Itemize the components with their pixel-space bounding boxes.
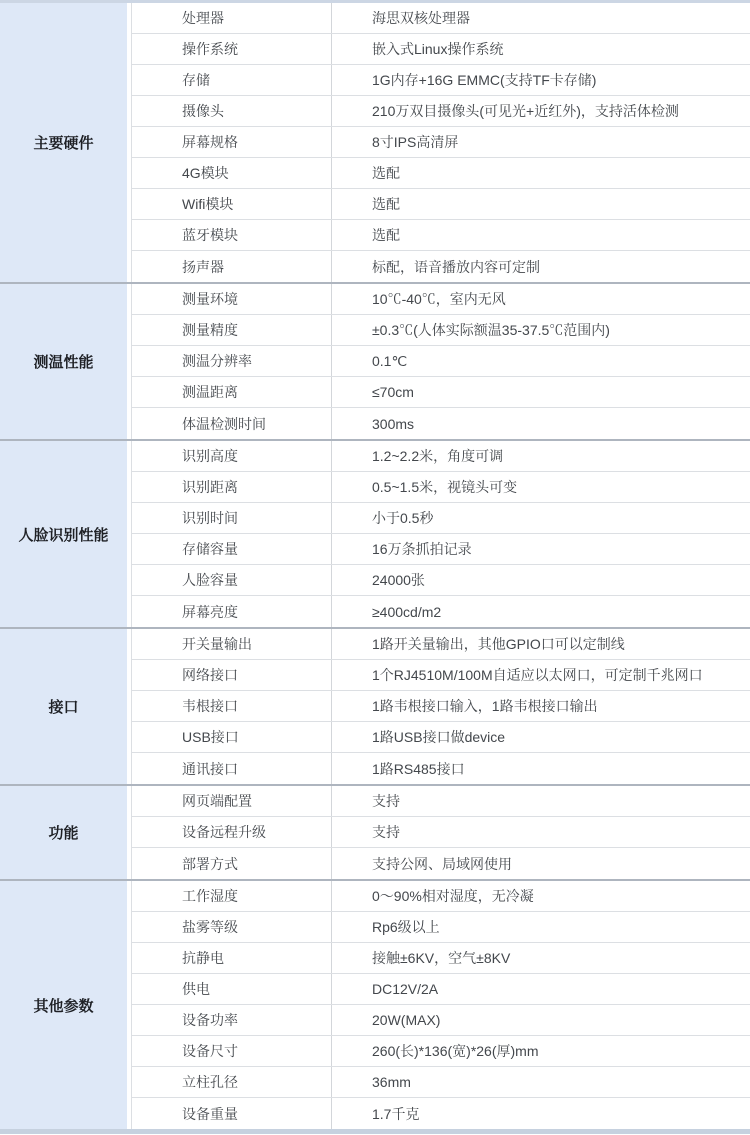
value-cell: 24000张 (331, 565, 750, 595)
param-cell: 抗静电 (132, 943, 331, 973)
spec-row: 工作湿度 0～90%相对湿度，无冷凝 (132, 881, 750, 912)
value-cell: Rp6级以上 (331, 912, 750, 942)
value-cell: 选配 (331, 220, 750, 250)
spec-row: 立柱孔径 36mm (132, 1067, 750, 1098)
spec-row: 屏幕亮度 ≥400cd/m2 (132, 596, 750, 627)
spec-row: 4G模块 选配 (132, 158, 750, 189)
param-cell: 设备尺寸 (132, 1036, 331, 1066)
param-cell: 测量精度 (132, 315, 331, 345)
section-rows: 工作湿度 0～90%相对湿度，无冷凝 盐雾等级 Rp6级以上 抗静电 接触±6K… (131, 881, 750, 1129)
value-cell: 20W(MAX) (331, 1005, 750, 1035)
param-cell: 存储 (132, 65, 331, 95)
spec-row: 识别时间 小于0.5秒 (132, 503, 750, 534)
sections-container: 主要硬件 处理器 海思双核处理器 操作系统 嵌入式Linux操作系统 存储 1G… (0, 3, 750, 1129)
value-cell: 小于0.5秒 (331, 503, 750, 533)
spec-row: 网络接口 1个RJ4510M/100M自适应以太网口，可定制千兆网口 (132, 660, 750, 691)
param-cell: 通讯接口 (132, 753, 331, 784)
spec-row: 体温检测时间 300ms (132, 408, 750, 439)
section-rows: 开关量输出 1路开关量输出，其他GPIO口可以定制线 网络接口 1个RJ4510… (131, 629, 750, 784)
param-cell: 人脸容量 (132, 565, 331, 595)
param-cell: 网络接口 (132, 660, 331, 690)
value-cell: 36mm (331, 1067, 750, 1097)
spec-row: 存储 1G内存+16G EMMC(支持TF卡存储) (132, 65, 750, 96)
value-cell: 1.2~2.2米，角度可调 (331, 441, 750, 471)
spec-row: 开关量输出 1路开关量输出，其他GPIO口可以定制线 (132, 629, 750, 660)
spec-section: 测温性能 测量环境 10℃-40℃，室内无风 测量精度 ±0.3℃(人体实际额温… (0, 282, 750, 439)
category-cell: 其他参数 (0, 881, 127, 1129)
param-cell: USB接口 (132, 722, 331, 752)
value-cell: 0.5~1.5米，视镜头可变 (331, 472, 750, 502)
spec-row: 盐雾等级 Rp6级以上 (132, 912, 750, 943)
spec-row: 人脸容量 24000张 (132, 565, 750, 596)
category-label: 人脸识别性能 (18, 524, 108, 545)
param-cell: 部署方式 (132, 848, 331, 879)
param-cell: 测温距离 (132, 377, 331, 407)
category-label: 主要硬件 (33, 132, 93, 153)
spec-row: 通讯接口 1路RS485接口 (132, 753, 750, 784)
value-cell: 1路USB接口做device (331, 722, 750, 752)
spec-row: 测温距离 ≤70cm (132, 377, 750, 408)
value-cell: 支持公网、局域网使用 (331, 848, 750, 879)
value-cell: ≤70cm (331, 377, 750, 407)
spec-row: 设备远程升级 支持 (132, 817, 750, 848)
spec-row: 设备重量 1.7千克 (132, 1098, 750, 1129)
category-label: 功能 (48, 822, 78, 843)
section-rows: 识别高度 1.2~2.2米，角度可调 识别距离 0.5~1.5米，视镜头可变 识… (131, 441, 750, 627)
spec-section: 人脸识别性能 识别高度 1.2~2.2米，角度可调 识别距离 0.5~1.5米，… (0, 439, 750, 627)
param-cell: 蓝牙模块 (132, 220, 331, 250)
value-cell: 选配 (331, 189, 750, 219)
param-cell: 测温分辨率 (132, 346, 331, 376)
spec-row: 屏幕规格 8寸IPS高清屏 (132, 127, 750, 158)
spec-row: 测量精度 ±0.3℃(人体实际额温35-37.5℃范围内) (132, 315, 750, 346)
spec-row: 韦根接口 1路韦根接口输入，1路韦根接口输出 (132, 691, 750, 722)
param-cell: 识别距离 (132, 472, 331, 502)
category-cell: 功能 (0, 786, 127, 879)
value-cell: 16万条抓拍记录 (331, 534, 750, 564)
table-bottom-border (0, 1129, 750, 1134)
value-cell: DC12V/2A (331, 974, 750, 1004)
value-cell: 支持 (331, 817, 750, 847)
param-cell: 立柱孔径 (132, 1067, 331, 1097)
spec-row: 设备功率 20W(MAX) (132, 1005, 750, 1036)
spec-row: 部署方式 支持公网、局域网使用 (132, 848, 750, 879)
section-rows: 测量环境 10℃-40℃，室内无风 测量精度 ±0.3℃(人体实际额温35-37… (131, 284, 750, 439)
spec-row: 存储容量 16万条抓拍记录 (132, 534, 750, 565)
param-cell: 操作系统 (132, 34, 331, 64)
param-cell: 4G模块 (132, 158, 331, 188)
spec-section: 其他参数 工作湿度 0～90%相对湿度，无冷凝 盐雾等级 Rp6级以上 抗静电 … (0, 879, 750, 1129)
param-cell: 屏幕规格 (132, 127, 331, 157)
value-cell: ±0.3℃(人体实际额温35-37.5℃范围内) (331, 315, 750, 345)
spec-row: Wifi模块 选配 (132, 189, 750, 220)
value-cell: 1个RJ4510M/100M自适应以太网口，可定制千兆网口 (331, 660, 750, 690)
value-cell: 0～90%相对湿度，无冷凝 (331, 881, 750, 911)
value-cell: 选配 (331, 158, 750, 188)
value-cell: 210万双目摄像头(可见光+近红外)，支持活体检测 (331, 96, 750, 126)
spec-row: 蓝牙模块 选配 (132, 220, 750, 251)
param-cell: 网页端配置 (132, 786, 331, 816)
value-cell: 1G内存+16G EMMC(支持TF卡存储) (331, 65, 750, 95)
category-cell: 测温性能 (0, 284, 127, 439)
section-rows: 处理器 海思双核处理器 操作系统 嵌入式Linux操作系统 存储 1G内存+16… (131, 3, 750, 282)
spec-row: 识别高度 1.2~2.2米，角度可调 (132, 441, 750, 472)
param-cell: 体温检测时间 (132, 408, 331, 439)
spec-row: 网页端配置 支持 (132, 786, 750, 817)
spec-row: 供电 DC12V/2A (132, 974, 750, 1005)
spec-section: 接口 开关量输出 1路开关量输出，其他GPIO口可以定制线 网络接口 1个RJ4… (0, 627, 750, 784)
spec-row: 测量环境 10℃-40℃，室内无风 (132, 284, 750, 315)
param-cell: 工作湿度 (132, 881, 331, 911)
param-cell: 识别时间 (132, 503, 331, 533)
spec-section: 功能 网页端配置 支持 设备远程升级 支持 部署方式 支持公网、局域网使用 (0, 784, 750, 879)
param-cell: 设备功率 (132, 1005, 331, 1035)
value-cell: 接触±6KV，空气±8KV (331, 943, 750, 973)
param-cell: 识别高度 (132, 441, 331, 471)
param-cell: 屏幕亮度 (132, 596, 331, 627)
value-cell: 标配，语音播放内容可定制 (331, 251, 750, 282)
param-cell: Wifi模块 (132, 189, 331, 219)
value-cell: 10℃-40℃，室内无风 (331, 284, 750, 314)
param-cell: 韦根接口 (132, 691, 331, 721)
category-cell: 人脸识别性能 (0, 441, 127, 627)
value-cell: 300ms (331, 408, 750, 439)
spec-row: 测温分辨率 0.1℃ (132, 346, 750, 377)
value-cell: 0.1℃ (331, 346, 750, 376)
category-label: 接口 (48, 696, 78, 717)
param-cell: 供电 (132, 974, 331, 1004)
value-cell: 1路韦根接口输入，1路韦根接口输出 (331, 691, 750, 721)
param-cell: 设备重量 (132, 1098, 331, 1129)
spec-row: USB接口 1路USB接口做device (132, 722, 750, 753)
value-cell: 嵌入式Linux操作系统 (331, 34, 750, 64)
param-cell: 开关量输出 (132, 629, 331, 659)
param-cell: 摄像头 (132, 96, 331, 126)
spec-row: 处理器 海思双核处理器 (132, 3, 750, 34)
value-cell: 1路开关量输出，其他GPIO口可以定制线 (331, 629, 750, 659)
value-cell: ≥400cd/m2 (331, 596, 750, 627)
category-cell: 接口 (0, 629, 127, 784)
spec-row: 操作系统 嵌入式Linux操作系统 (132, 34, 750, 65)
spec-row: 扬声器 标配，语音播放内容可定制 (132, 251, 750, 282)
spec-row: 识别距离 0.5~1.5米，视镜头可变 (132, 472, 750, 503)
category-label: 其他参数 (33, 995, 93, 1016)
value-cell: 260(长)*136(宽)*26(厚)mm (331, 1036, 750, 1066)
value-cell: 8寸IPS高清屏 (331, 127, 750, 157)
spec-table: 主要硬件 处理器 海思双核处理器 操作系统 嵌入式Linux操作系统 存储 1G… (0, 0, 750, 1134)
category-label: 测温性能 (33, 351, 93, 372)
param-cell: 盐雾等级 (132, 912, 331, 942)
param-cell: 处理器 (132, 3, 331, 33)
param-cell: 扬声器 (132, 251, 331, 282)
spec-section: 主要硬件 处理器 海思双核处理器 操作系统 嵌入式Linux操作系统 存储 1G… (0, 3, 750, 282)
value-cell: 海思双核处理器 (331, 3, 750, 33)
section-rows: 网页端配置 支持 设备远程升级 支持 部署方式 支持公网、局域网使用 (131, 786, 750, 879)
spec-row: 摄像头 210万双目摄像头(可见光+近红外)，支持活体检测 (132, 96, 750, 127)
category-cell: 主要硬件 (0, 3, 127, 282)
spec-row: 抗静电 接触±6KV，空气±8KV (132, 943, 750, 974)
param-cell: 设备远程升级 (132, 817, 331, 847)
value-cell: 支持 (331, 786, 750, 816)
param-cell: 测量环境 (132, 284, 331, 314)
spec-row: 设备尺寸 260(长)*136(宽)*26(厚)mm (132, 1036, 750, 1067)
value-cell: 1.7千克 (331, 1098, 750, 1129)
value-cell: 1路RS485接口 (331, 753, 750, 784)
param-cell: 存储容量 (132, 534, 331, 564)
